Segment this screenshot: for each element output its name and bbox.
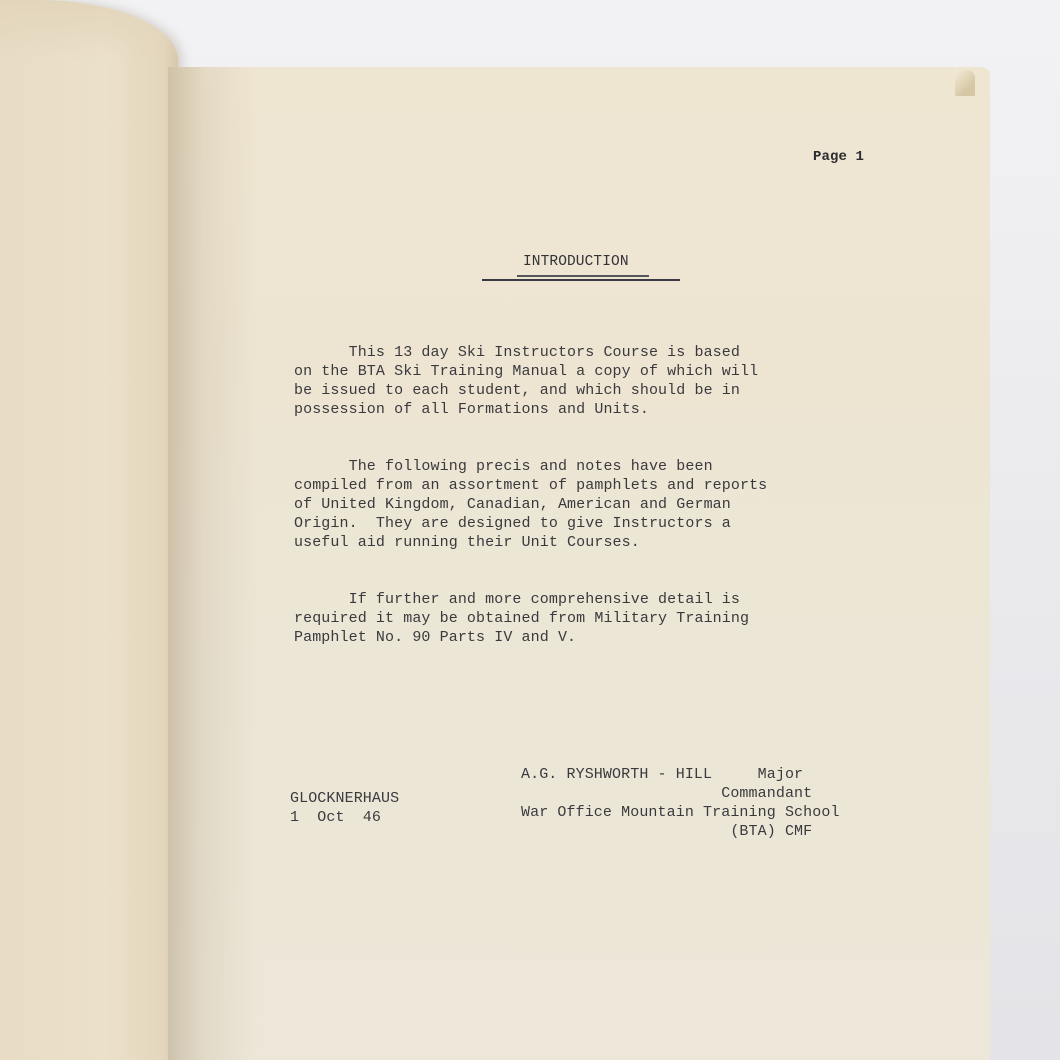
heading-underline-thick — [517, 275, 649, 277]
signature-block: A.G. RYSHWORTH - HILL Major Commandant W… — [521, 765, 840, 841]
page-title: INTRODUCTION — [523, 253, 629, 272]
document-page — [168, 67, 990, 1060]
heading-underline — [482, 279, 680, 281]
paragraph-course-basis: This 13 day Ski Instructors Course is ba… — [294, 343, 758, 419]
place-and-date: GLOCKNERHAUS 1 Oct 46 — [290, 789, 399, 827]
page-corner-fold — [955, 70, 975, 96]
paragraph-further-detail: If further and more comprehensive detail… — [294, 590, 749, 647]
left-page-curl — [0, 0, 178, 1060]
page-number: Page 1 — [813, 148, 864, 167]
paragraph-sources: The following precis and notes have been… — [294, 457, 767, 552]
